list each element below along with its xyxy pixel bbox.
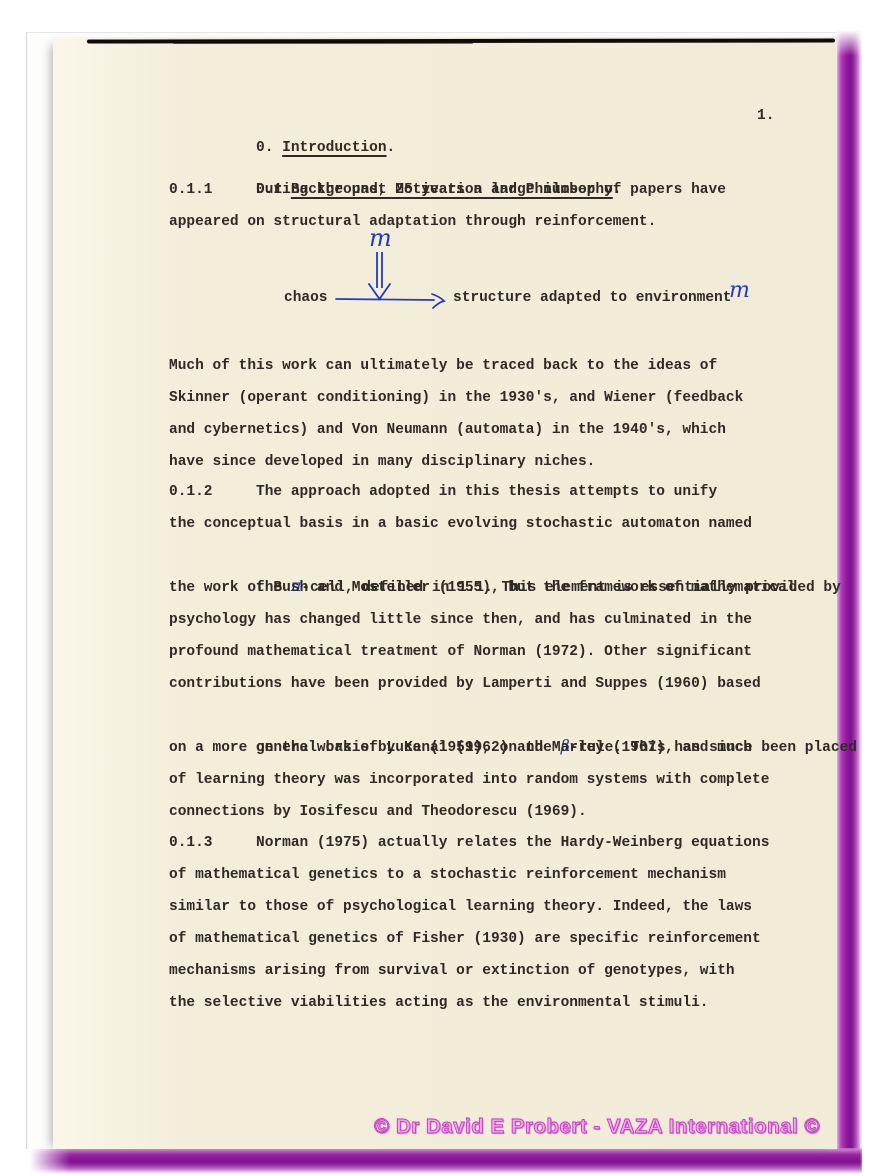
diagram-label-structure: structure adapted to environment bbox=[453, 282, 731, 314]
text-line: 0.1.3 Norman (1975) actually relates the… bbox=[169, 827, 769, 859]
right-arrow-icon bbox=[334, 292, 448, 310]
text-line: the conceptual basis in a basic evolving… bbox=[169, 508, 857, 540]
text-line: Much of this work can ultimately be trac… bbox=[169, 350, 743, 382]
scan-frame-bottom-band bbox=[30, 1148, 862, 1174]
paper-page: 0. Introduction. 1. 0.1 Background, Moti… bbox=[53, 37, 837, 1149]
paragraph-0-1-3: 0.1.3 Norman (1975) actually relates the… bbox=[169, 827, 769, 1019]
text-line: the selective viabilities acting as the … bbox=[169, 987, 769, 1019]
text-line: of mathematical genetics to a stochastic… bbox=[169, 859, 769, 891]
text-line: connections by Iosifescu and Theodorescu… bbox=[169, 796, 857, 828]
text-line: of mathematical genetics of Fisher (1930… bbox=[169, 923, 769, 955]
text-line: of learning theory was incorporated into… bbox=[169, 764, 857, 796]
paragraph-history: Much of this work can ultimately be trac… bbox=[169, 350, 743, 478]
chaos-structure-diagram: m chaos structure adapted to environment… bbox=[53, 222, 837, 362]
text-line-beta: on the work of Luce (1959), on the β-rul… bbox=[169, 700, 857, 732]
text-line: contributions have been provided by Lamp… bbox=[169, 668, 857, 700]
scanner-bed: 0. Introduction. 1. 0.1 Background, Moti… bbox=[26, 32, 837, 1149]
copyright-watermark: © Dr David E Probert - VAZA Internationa… bbox=[374, 1115, 820, 1139]
diagram-label-chaos: chaos bbox=[284, 282, 328, 314]
text-line: 0.1.2 The approach adopted in this thesi… bbox=[169, 476, 857, 508]
page-number: 1. bbox=[757, 100, 774, 132]
handwritten-m-icon: m bbox=[729, 278, 750, 303]
text-line: 0.1.1 During the past 25 years a large n… bbox=[169, 174, 726, 206]
text-line: psychology has changed little since then… bbox=[169, 604, 857, 636]
text-line: mechanisms arising from survival or exti… bbox=[169, 955, 769, 987]
section-heading: 0. Introduction. bbox=[169, 100, 395, 132]
text-line: profound mathematical treatment of Norma… bbox=[169, 636, 857, 668]
text-line: have since developed in many disciplinar… bbox=[169, 446, 743, 478]
scanned-document: 0. Introduction. 1. 0.1 Background, Moti… bbox=[0, 0, 869, 1176]
text-line: the work of Bush and Mosteller (1955), b… bbox=[169, 572, 857, 604]
text-line-pi: the π-cell, defined in 1.1. This element… bbox=[169, 540, 857, 572]
paper-top-edge-shadow bbox=[173, 42, 473, 44]
handwritten-m-icon: m bbox=[369, 224, 392, 252]
subsection-heading: 0.1 Background, Motivation and Philosoph… bbox=[169, 142, 621, 174]
text-line: and cybernetics) and Von Neumann (automa… bbox=[169, 414, 743, 446]
text-line: similar to those of psychological learni… bbox=[169, 891, 769, 923]
text-line: Skinner (operant conditioning) in the 19… bbox=[169, 382, 743, 414]
paragraph-0-1-2: 0.1.2 The approach adopted in this thesi… bbox=[169, 476, 857, 828]
